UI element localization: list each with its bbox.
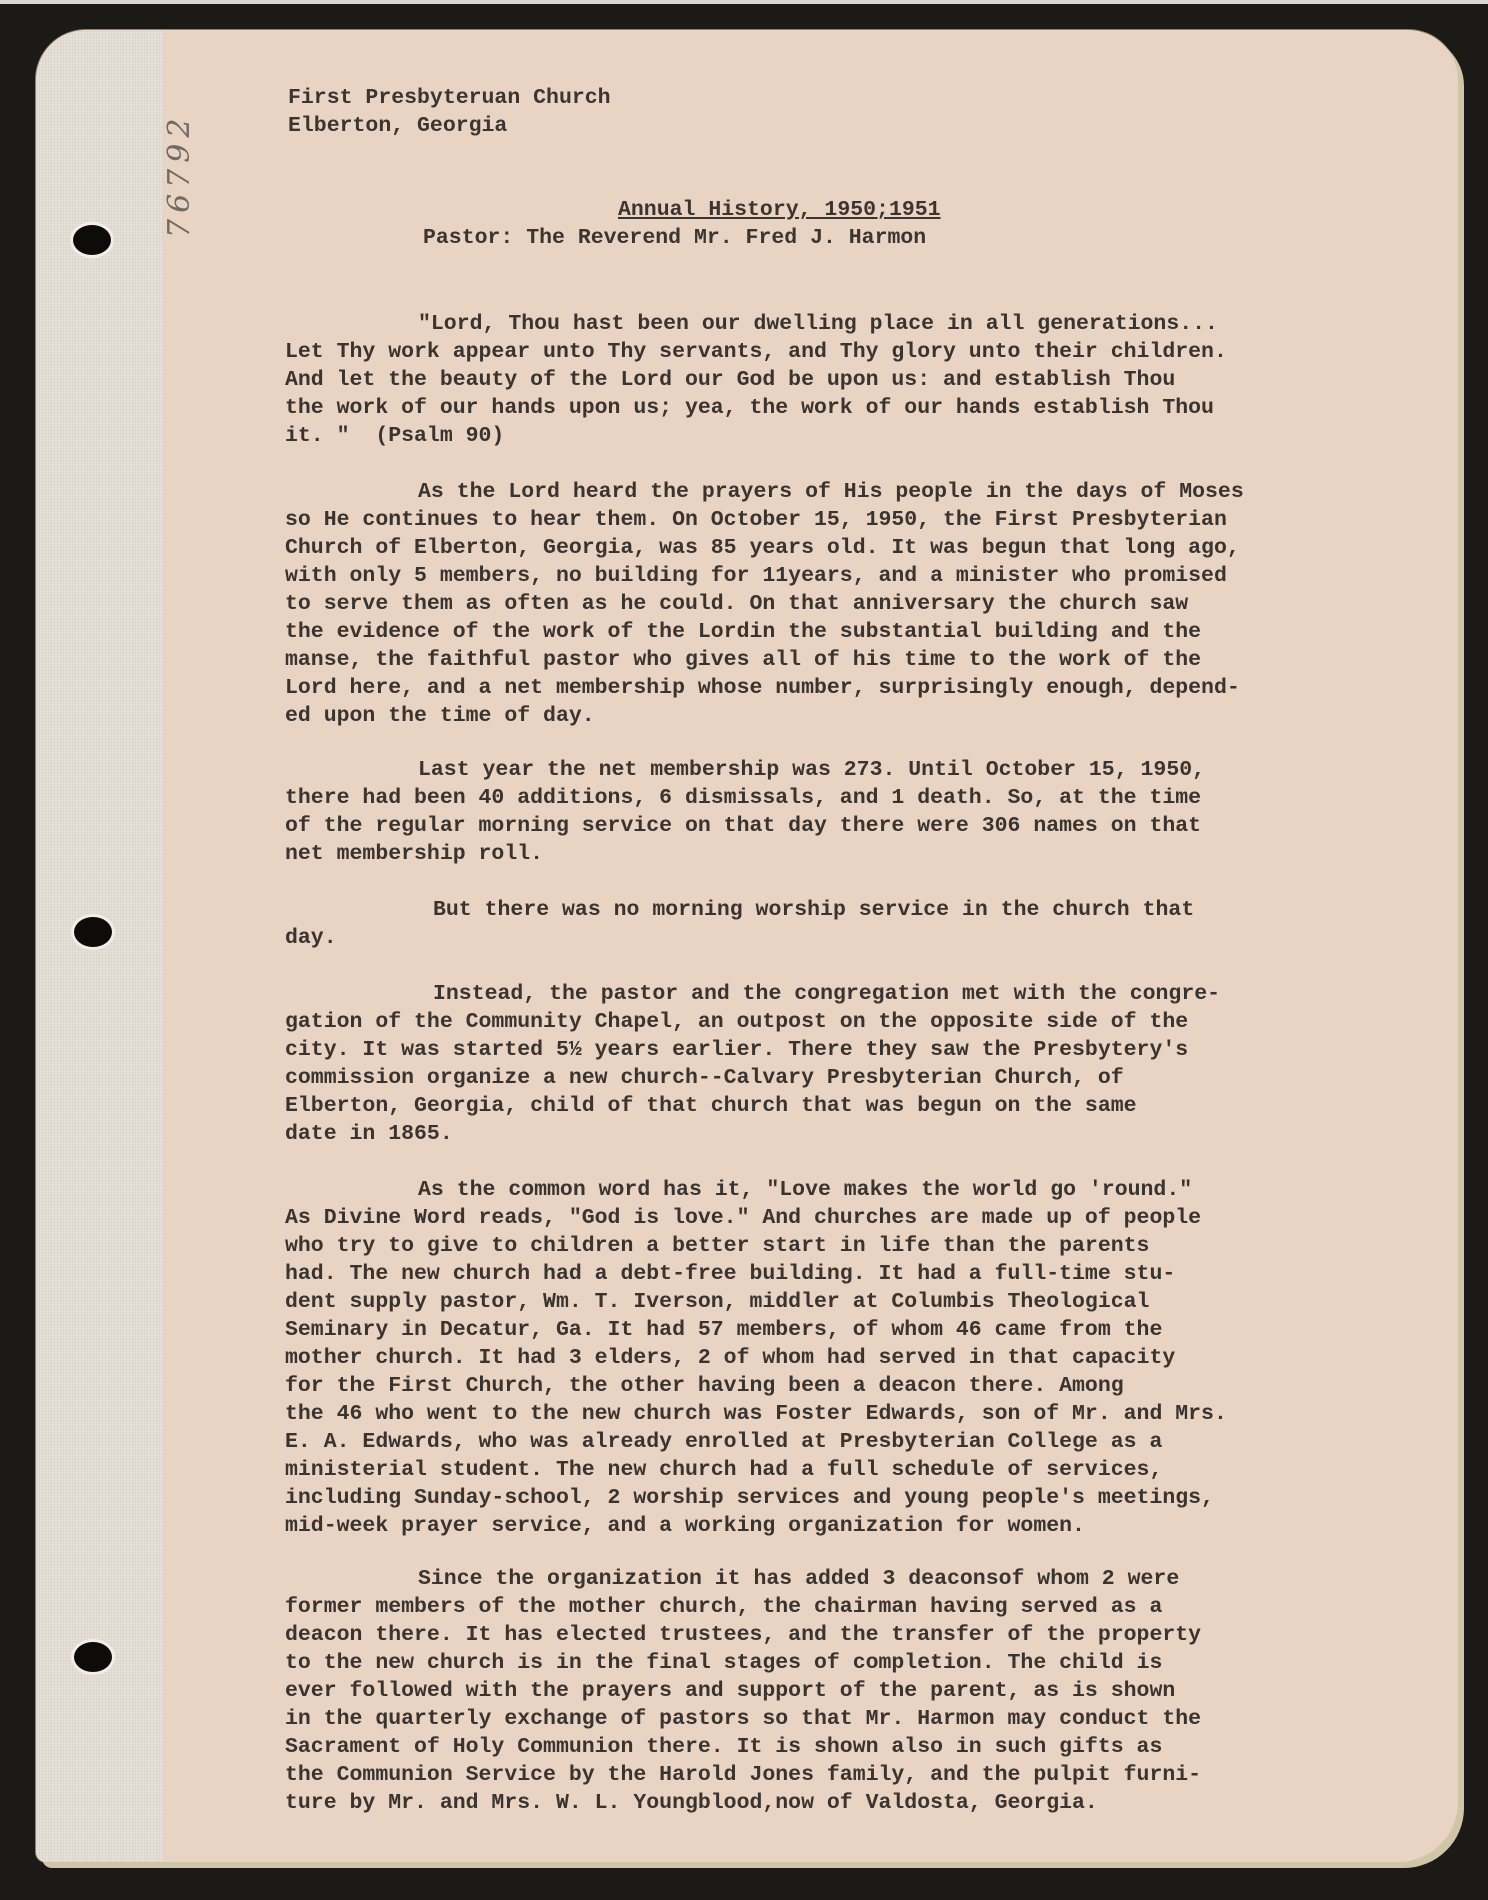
text-line: to serve them as often as he could. On t… <box>285 590 1244 618</box>
text-line: "Lord, Thou hast been our dwelling place… <box>285 310 1227 338</box>
handwritten-catalog-number: 76792 <box>162 113 197 238</box>
text-line: it. " (Psalm 90) <box>285 422 1227 450</box>
text-line: As the Lord heard the prayers of His peo… <box>285 478 1244 506</box>
text-line: in the quarterly exchange of pastors so … <box>285 1705 1201 1733</box>
text-line: Instead, the pastor and the congregation… <box>285 980 1220 1008</box>
paragraph: "Lord, Thou hast been our dwelling place… <box>285 310 1227 450</box>
text-line: date in 1865. <box>285 1120 1220 1148</box>
paragraph: As the common word has it, "Love makes t… <box>285 1176 1227 1540</box>
text-line: of the regular morning service on that d… <box>285 812 1205 840</box>
text-line: mother church. It had 3 elders, 2 of who… <box>285 1344 1227 1372</box>
text-line: the work of our hands upon us; yea, the … <box>285 394 1227 422</box>
text-line: net membership roll. <box>285 840 1205 868</box>
church-location: Elberton, Georgia <box>288 112 507 140</box>
text-line: But there was no morning worship service… <box>285 896 1194 924</box>
text-line: former members of the mother church, the… <box>285 1593 1201 1621</box>
punch-hole-icon <box>73 225 111 255</box>
text-line: so He continues to hear them. On October… <box>285 506 1244 534</box>
text-line: city. It was started 5½ years earlier. T… <box>285 1036 1220 1064</box>
text-line: gation of the Community Chapel, an outpo… <box>285 1008 1220 1036</box>
text-line: including Sunday-school, 2 worship servi… <box>285 1484 1227 1512</box>
text-line: the Communion Service by the Harold Jone… <box>285 1761 1201 1789</box>
text-line: to the new church is in the final stages… <box>285 1649 1201 1677</box>
text-line: ministerial student. The new church had … <box>285 1456 1227 1484</box>
text-line: dent supply pastor, Wm. T. Iverson, midd… <box>285 1288 1227 1316</box>
text-line: there had been 40 additions, 6 dismissal… <box>285 784 1205 812</box>
text-line: day. <box>285 924 1194 952</box>
text-line: with only 5 members, no building for 11y… <box>285 562 1244 590</box>
text-line: Elberton, Georgia, child of that church … <box>285 1092 1220 1120</box>
text-line: Seminary in Decatur, Ga. It had 57 membe… <box>285 1316 1227 1344</box>
paragraph: Instead, the pastor and the congregation… <box>285 980 1220 1148</box>
text-line: the evidence of the work of the Lordin t… <box>285 618 1244 646</box>
text-line: Let Thy work appear unto Thy servants, a… <box>285 338 1227 366</box>
text-line: deacon there. It has elected trustees, a… <box>285 1621 1201 1649</box>
text-line: Since the organization it has added 3 de… <box>285 1565 1201 1593</box>
text-line: commission organize a new church--Calvar… <box>285 1064 1220 1092</box>
church-name: First Presbyteruan Church <box>288 84 611 112</box>
text-line: Last year the net membership was 273. Un… <box>285 756 1205 784</box>
text-line: mid-week prayer service, and a working o… <box>285 1512 1227 1540</box>
document-title: Annual History, 1950;1951 <box>618 196 941 224</box>
text-line: And let the beauty of the Lord our God b… <box>285 366 1227 394</box>
text-line: Lord here, and a net membership whose nu… <box>285 674 1244 702</box>
text-line: had. The new church had a debt-free buil… <box>285 1260 1227 1288</box>
text-line: Church of Elberton, Georgia, was 85 year… <box>285 534 1244 562</box>
text-line: ever followed with the prayers and suppo… <box>285 1677 1201 1705</box>
text-line: for the First Church, the other having b… <box>285 1372 1227 1400</box>
paragraph: Since the organization it has added 3 de… <box>285 1565 1201 1817</box>
pastor-line: Pastor: The Reverend Mr. Fred J. Harmon <box>423 224 926 252</box>
paragraph: As the Lord heard the prayers of His peo… <box>285 478 1244 730</box>
paragraph: Last year the net membership was 273. Un… <box>285 756 1205 868</box>
text-line: E. A. Edwards, who was already enrolled … <box>285 1428 1227 1456</box>
text-line: ture by Mr. and Mrs. W. L. Youngblood,no… <box>285 1789 1201 1817</box>
punch-hole-icon <box>74 1642 112 1672</box>
text-line: the 46 who went to the new church was Fo… <box>285 1400 1227 1428</box>
scan-top-edge <box>0 0 1488 4</box>
text-line: ed upon the time of day. <box>285 702 1244 730</box>
text-line: Sacrament of Holy Communion there. It is… <box>285 1733 1201 1761</box>
punch-hole-icon <box>74 917 112 947</box>
paragraph: But there was no morning worship service… <box>285 896 1194 952</box>
text-line: As Divine Word reads, "God is love." And… <box>285 1204 1227 1232</box>
text-line: who try to give to children a better sta… <box>285 1232 1227 1260</box>
text-line: manse, the faithful pastor who gives all… <box>285 646 1244 674</box>
text-line: As the common word has it, "Love makes t… <box>285 1176 1227 1204</box>
